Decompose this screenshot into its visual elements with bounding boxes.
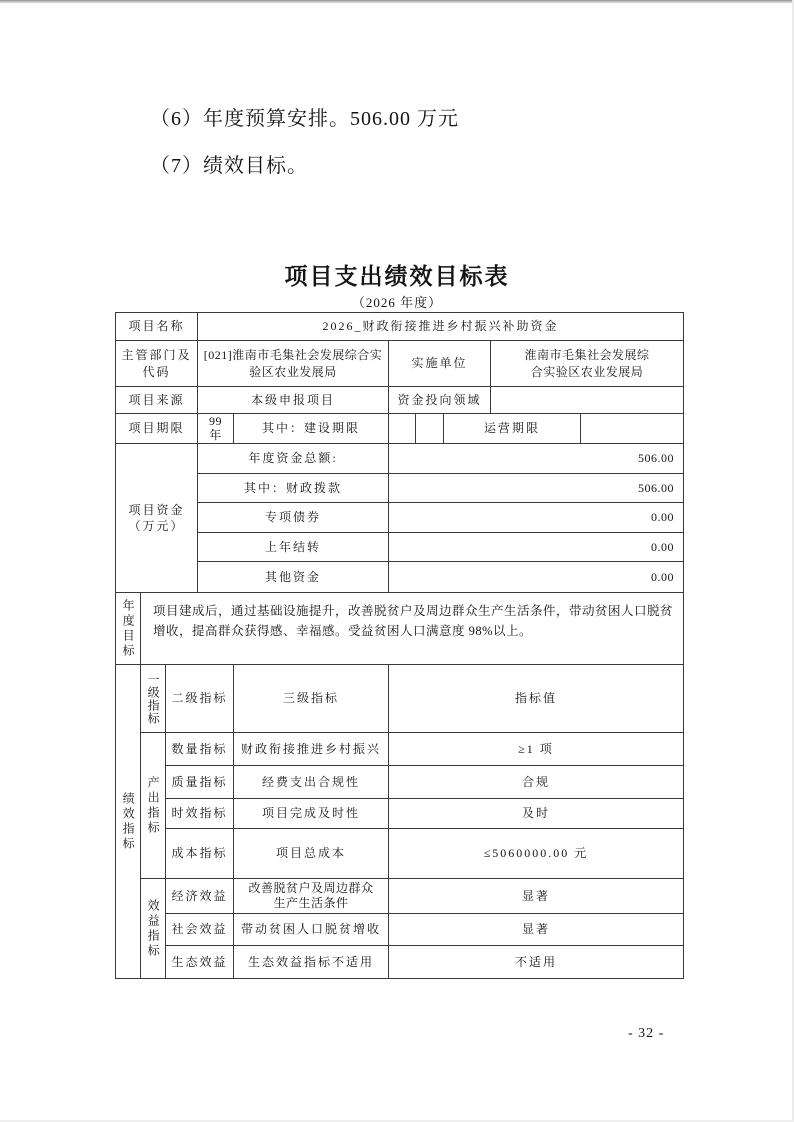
indicator-level3: 生态效益指标不适用 bbox=[234, 946, 389, 979]
indicator-value: ≥1 项 bbox=[389, 733, 684, 766]
project-name-value: 2026_财政衔接推进乡村振兴补助资金 bbox=[198, 313, 684, 341]
funds-row-name: 上年结转 bbox=[198, 533, 389, 562]
period-label: 项目期限 bbox=[116, 414, 198, 444]
indicator-value: ≤5060000.00 元 bbox=[389, 829, 684, 879]
project-name-label: 项目名称 bbox=[116, 313, 198, 341]
funds-row-value: 0.00 bbox=[389, 503, 684, 533]
indicator-value: 不适用 bbox=[389, 946, 684, 979]
annual-goal-label: 年度目标 bbox=[116, 593, 141, 665]
funds-row-name: 专项债券 bbox=[198, 503, 389, 533]
impl-unit-label: 实施单位 bbox=[389, 341, 491, 387]
build-period-value bbox=[389, 414, 416, 444]
period-spacer-cell bbox=[416, 414, 444, 444]
indicator-level2: 生态效益 bbox=[166, 946, 234, 979]
operate-period-label: 运营期限 bbox=[444, 414, 581, 444]
header-level1: 一级指标 bbox=[141, 665, 166, 733]
header-level2: 二级指标 bbox=[166, 665, 234, 733]
build-period-label: 其中：建设期限 bbox=[234, 414, 389, 444]
table-subtitle: （2026 年度） bbox=[0, 292, 794, 311]
indicator-value: 显著 bbox=[389, 879, 684, 914]
funds-row-value: 0.00 bbox=[389, 562, 684, 593]
paragraph-performance-goal: （7）绩效目标。 bbox=[150, 149, 308, 178]
performance-target-table: 项目名称 2026_财政衔接推进乡村振兴补助资金 主管部门及 代码 [021]淮… bbox=[115, 312, 684, 979]
impl-unit-value: 淮南市毛集社会发展综 合实验区农业发展局 bbox=[491, 341, 684, 387]
paragraph-annual-budget: （6）年度预算安排。506.00 万元 bbox=[150, 102, 459, 131]
period-value-text: 99 年 bbox=[204, 415, 228, 443]
indicator-level2: 成本指标 bbox=[166, 829, 234, 879]
source-value: 本级申报项目 bbox=[198, 387, 389, 414]
source-label: 项目来源 bbox=[116, 387, 198, 414]
operate-period-value bbox=[581, 414, 684, 444]
funds-row-name: 其中：财政拨款 bbox=[198, 474, 389, 503]
indicator-value: 及时 bbox=[389, 799, 684, 829]
indicator-level3: 改善脱贫户及周边群众 生产生活条件 bbox=[234, 879, 389, 914]
page-top-edge bbox=[0, 0, 794, 3]
indicator-level2: 质量指标 bbox=[166, 766, 234, 799]
funds-row-value: 506.00 bbox=[389, 474, 684, 503]
indicator-level3: 财政衔接推进乡村振兴 bbox=[234, 733, 389, 766]
group-benefit-label: 效益指标 bbox=[141, 879, 166, 979]
table-title: 项目支出绩效目标表 bbox=[0, 258, 794, 291]
header-level3: 三级指标 bbox=[234, 665, 389, 733]
indicator-level2: 时效指标 bbox=[166, 799, 234, 829]
indicator-level3: 经费支出合规性 bbox=[234, 766, 389, 799]
indicator-level2: 社会效益 bbox=[166, 914, 234, 946]
indicator-level3: 带动贫困人口脱贫增收 bbox=[234, 914, 389, 946]
indicator-level3: 项目完成及时性 bbox=[234, 799, 389, 829]
indicator-level2: 数量指标 bbox=[166, 733, 234, 766]
fund-direction-label: 资金投向领域 bbox=[389, 387, 491, 414]
funds-row-value: 506.00 bbox=[389, 444, 684, 474]
group-output-label: 产出指标 bbox=[141, 733, 166, 879]
indicator-value: 合规 bbox=[389, 766, 684, 799]
dept-value: [021]淮南市毛集社会发展综合实 验区农业发展局 bbox=[198, 341, 389, 387]
indicator-value: 显著 bbox=[389, 914, 684, 946]
funds-label: 项目资金 （万元） bbox=[116, 444, 198, 593]
fund-direction-value bbox=[491, 387, 684, 414]
dept-label: 主管部门及 代码 bbox=[116, 341, 198, 387]
annual-goal-text: 项目建成后，通过基础设施提升，改善脱贫户及周边群众生产生活条件，带动贫困人口脱贫… bbox=[141, 593, 684, 665]
indicator-level2: 经济效益 bbox=[166, 879, 234, 914]
period-value: 99 年 bbox=[198, 414, 234, 444]
funds-row-name: 年度资金总额: bbox=[198, 444, 389, 474]
header-value: 指标值 bbox=[389, 665, 684, 733]
funds-row-name: 其他资金 bbox=[198, 562, 389, 593]
funds-row-value: 0.00 bbox=[389, 533, 684, 562]
indicators-label: 绩效指标 bbox=[116, 665, 141, 979]
indicator-level3: 项目总成本 bbox=[234, 829, 389, 879]
page-number: - 32 - bbox=[628, 1026, 664, 1042]
